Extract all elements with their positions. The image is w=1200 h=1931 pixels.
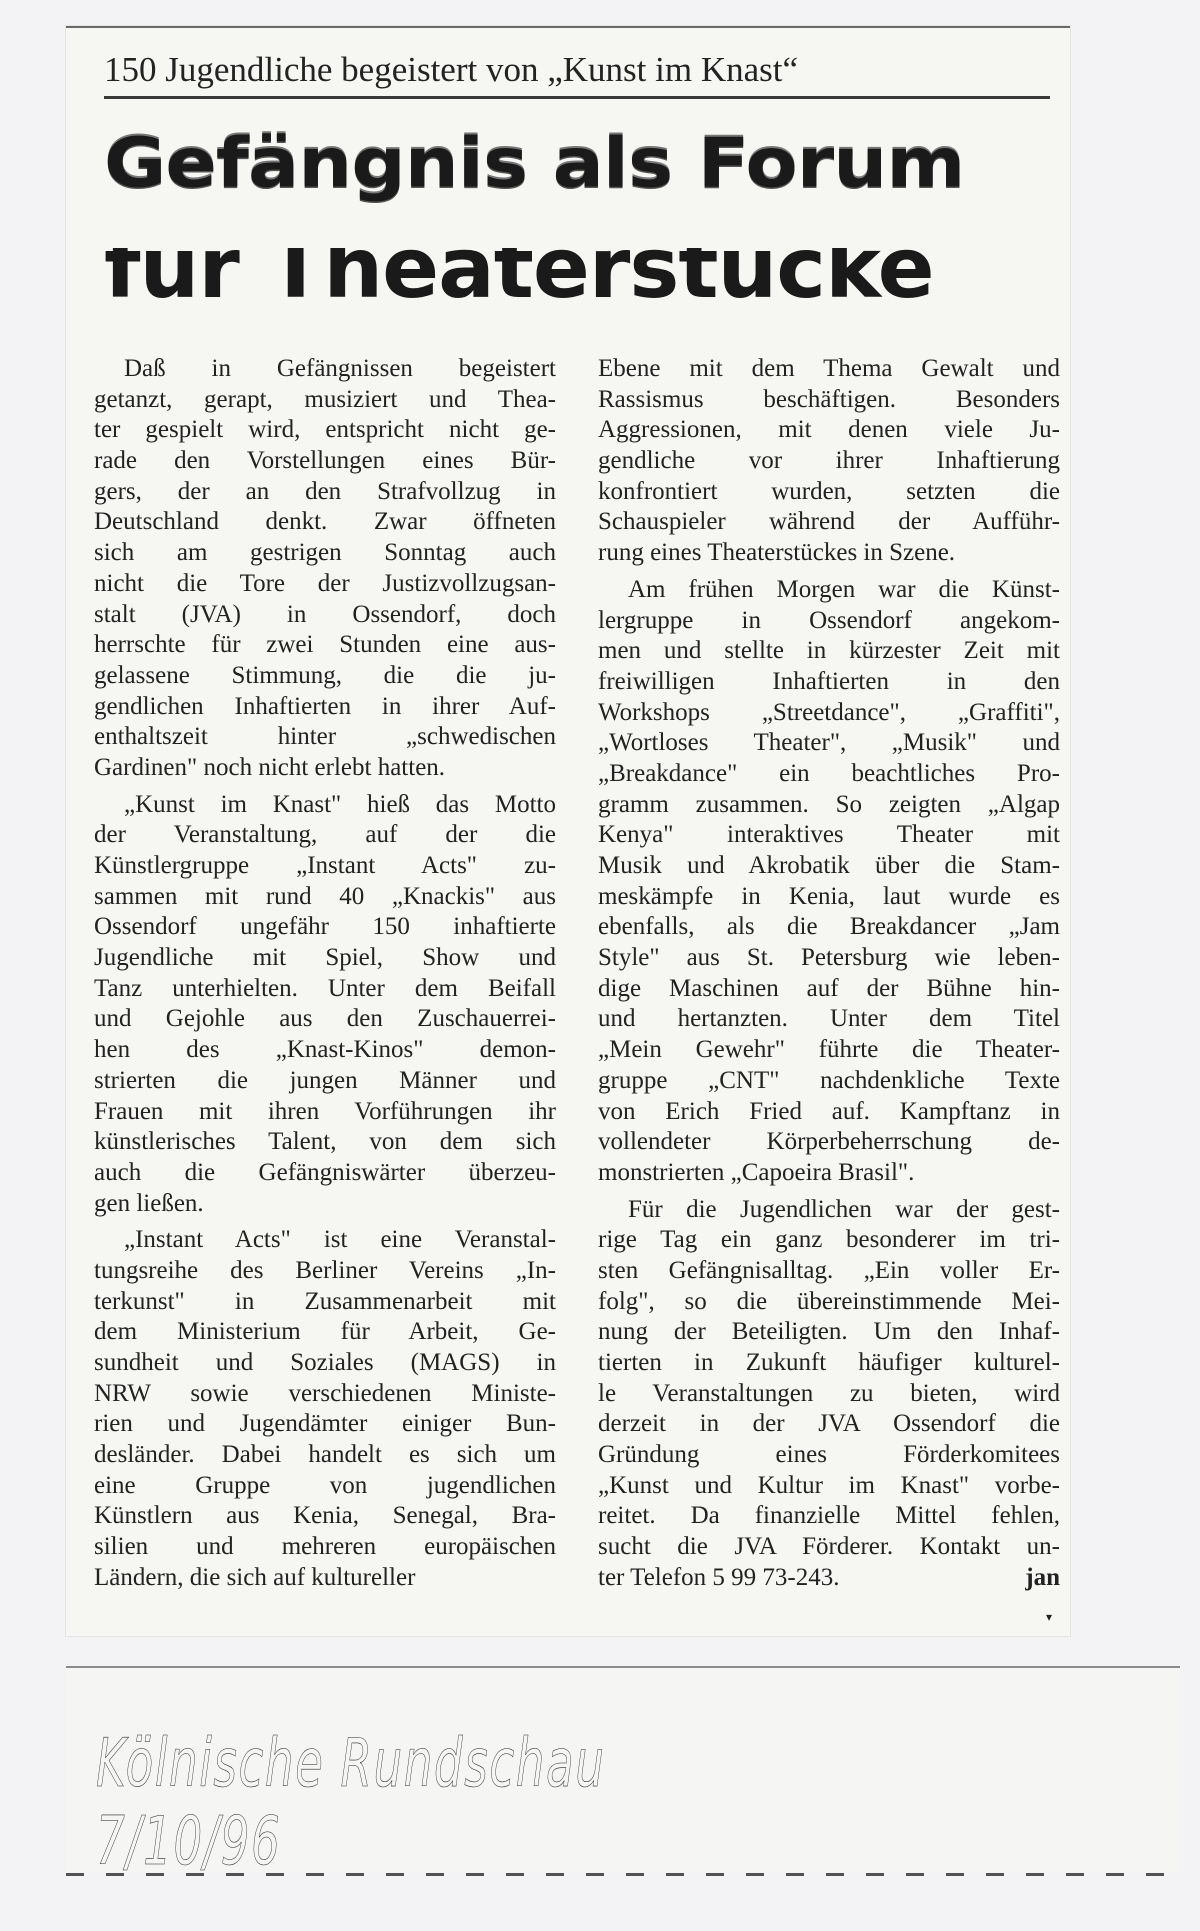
text-line: Aggressionen, mit denen viele Ju- (598, 415, 1060, 446)
text-line: Frauen mit ihren Vorführungen ihr (94, 1097, 556, 1128)
text-line: „Instant Acts" ist eine Veranstal- (94, 1225, 556, 1256)
text-line: gendliche vor ihrer Inhaftierung (598, 446, 1060, 477)
handwritten-source-note: Kölnische Rundschau 7/10/96 (96, 1724, 798, 1851)
text-line: Ossendorf ungefähr 150 inhaftierte (94, 912, 556, 943)
text-line: rige Tag ein ganz besonderer im tri- (598, 1225, 1060, 1256)
text-line: tungsreihe des Berliner Vereins „In- (94, 1256, 556, 1287)
text-line: und hertanzten. Unter dem Titel (598, 1004, 1060, 1035)
text-line: getanzt, gerapt, musiziert und Thea- (94, 385, 556, 416)
article-paragraph: Am frühen Morgen war die Künst-lergruppe… (598, 575, 1060, 1195)
author-byline: jan (1025, 1563, 1060, 1594)
article-paragraph: „Instant Acts" ist eine Veranstal-tungsr… (94, 1225, 556, 1593)
article-headline: Gefängnis als Forum für Theaterstücke (104, 118, 1050, 310)
text-line: enthaltszeit hinter „schwedischen (94, 722, 556, 753)
text-line: le Veranstaltungen zu bieten, wird (598, 1379, 1060, 1410)
text-line: sundheit und Soziales (MAGS) in (94, 1348, 556, 1379)
text-line: desländer. Dabei handelt es sich um (94, 1440, 556, 1471)
text-line: und Gejohle aus den Zuschauerrei- (94, 1004, 556, 1035)
text-line: „Kunst im Knast" hieß das Motto (94, 790, 556, 821)
text-line: gers, der an den Strafvollzug in (94, 477, 556, 508)
text-line: men und stellte in kürzester Zeit mit (598, 636, 1060, 667)
text-line: folg", so die übereinstimmende Mei- (598, 1287, 1060, 1318)
text-line: meskämpfe in Kenia, laut wurde es (598, 882, 1060, 913)
text-line: Daß in Gefängnissen begeistert (94, 354, 556, 385)
article-column-left: Daß in Gefängnissen begeistertgetanzt, g… (94, 354, 556, 1594)
text-line: dige Maschinen auf der Bühne hin- (598, 974, 1060, 1005)
text-line: ebenfalls, als die Breakdancer „Jam (598, 912, 1060, 943)
text-line: strierten die jungen Männer und (94, 1066, 556, 1097)
text-line: Schauspieler während der Aufführ- (598, 507, 1060, 538)
text-line: Ebene mit dem Thema Gewalt und (598, 354, 1060, 385)
source-annotation-strip: Kölnische Rundschau 7/10/96 (66, 1666, 1180, 1872)
text-line: rung eines Theaterstückes in Szene. (598, 538, 1060, 569)
article-body: Daß in Gefängnissen begeistertgetanzt, g… (86, 354, 1070, 1624)
text-line: „Mein Gewehr" führte die Theater- (598, 1035, 1060, 1066)
text-line: Jugendliche mit Spiel, Show und (94, 943, 556, 974)
article-paragraph: Ebene mit dem Thema Gewalt undRassismus … (598, 354, 1060, 575)
text-line: sten Gefängnisalltag. „Ein voller Er- (598, 1256, 1060, 1287)
text-line: Style" aus St. Petersburg wie leben- (598, 943, 1060, 974)
text-line: ter Telefon 5 99 73-243.jan (598, 1563, 1060, 1594)
headline-line-1: Gefängnis als Forum (104, 118, 1050, 208)
text-line: terkunst" in Zusammenarbeit mit (94, 1287, 556, 1318)
text-line: der Veranstaltung, auf der die (94, 820, 556, 851)
text-line: auch die Gefängniswärter überzeu- (94, 1158, 556, 1189)
text-line: „Wortloses Theater", „Musik" und (598, 728, 1060, 759)
text-line: tierten in Zukunft häufiger kulturel- (598, 1348, 1060, 1379)
text-line: Künstlergruppe „Instant Acts" zu- (94, 851, 556, 882)
text-line: ter gespielt wird, entspricht nicht ge- (94, 415, 556, 446)
text-line: monstrierten „Capoeira Brasil". (598, 1158, 1060, 1189)
newspaper-clipping: 150 Jugendliche begeistert von „Kunst im… (66, 26, 1070, 1636)
text-line: gendlichen Inhaftierten in ihrer Auf- (94, 692, 556, 723)
text-line: Musik und Akrobatik über die Stam- (598, 851, 1060, 882)
headline-line-2-clipped: für Theaterstücke (104, 248, 1050, 310)
text-line: nung der Beteiligten. Um den Inhaf- (598, 1317, 1060, 1348)
text-line: Workshops „Streetdance", „Graffiti", (598, 698, 1060, 729)
article-kicker: 150 Jugendliche begeistert von „Kunst im… (104, 48, 1050, 99)
text-line: sich am gestrigen Sonntag auch (94, 538, 556, 569)
text-line: Für die Jugendlichen war der gest- (598, 1195, 1060, 1226)
text-line: derzeit in der JVA Ossendorf die (598, 1409, 1060, 1440)
article-paragraph: Daß in Gefängnissen begeistertgetanzt, g… (94, 354, 556, 790)
text-line: gelassene Stimmung, die die ju- (94, 661, 556, 692)
text-line: Kenya" interaktives Theater mit (598, 820, 1060, 851)
article-paragraph: Für die Jugendlichen war der gest-rige T… (598, 1195, 1060, 1594)
torn-edge-divider (66, 1873, 1180, 1876)
text-line: Deutschland denkt. Zwar öffneten (94, 507, 556, 538)
text-line: nicht die Tore der Justizvollzugsan- (94, 569, 556, 600)
text-line: Tanz unterhielten. Unter dem Beifall (94, 974, 556, 1005)
article-paragraph: „Kunst im Knast" hieß das Mottoder Veran… (94, 790, 556, 1226)
text-line: NRW sowie verschiedenen Ministe- (94, 1379, 556, 1410)
text-line: stalt (JVA) in Ossendorf, doch (94, 600, 556, 631)
text-line: silien und mehreren europäischen (94, 1532, 556, 1563)
text-line: freiwilligen Inhaftierten in den (598, 667, 1060, 698)
text-line: „Breakdance" ein beachtliches Pro- (598, 759, 1060, 790)
text-line: dem Ministerium für Arbeit, Ge- (94, 1317, 556, 1348)
text-line: sucht die JVA Förderer. Kontakt un- (598, 1532, 1060, 1563)
text-line: „Kunst und Kultur im Knast" vorbe- (598, 1471, 1060, 1502)
text-line: Ländern, die sich auf kultureller (94, 1563, 556, 1594)
text-line: hen des „Knast-Kinos" demon- (94, 1035, 556, 1066)
text-line: vollendeter Körperbeherrschung de- (598, 1127, 1060, 1158)
text-line: Künstlern aus Kenia, Senegal, Bra- (94, 1501, 556, 1532)
text-line: konfrontiert wurden, setzten die (598, 477, 1060, 508)
text-line: gen ließen. (94, 1189, 556, 1220)
text-line: herrschte für zwei Stunden eine aus- (94, 630, 556, 661)
text-line: gramm zusammen. So zeigten „Algap (598, 790, 1060, 821)
headline-line-2: für Theaterstücke (104, 248, 1050, 310)
text-line: sammen mit rund 40 „Knackis" aus (94, 882, 556, 913)
text-line: Am frühen Morgen war die Künst- (598, 575, 1060, 606)
end-of-article-marker: ▾ (1046, 1610, 1052, 1624)
text-line: rade den Vorstellungen eines Bür- (94, 446, 556, 477)
text-line: eine Gruppe von jugendlichen (94, 1471, 556, 1502)
text-line: künstlerisches Talent, von dem sich (94, 1127, 556, 1158)
text-line: Gründung eines Förderkomitees (598, 1440, 1060, 1471)
text-line: von Erich Fried auf. Kampftanz in (598, 1097, 1060, 1128)
text-line: rien und Jugendämter einiger Bun- (94, 1409, 556, 1440)
text-line: Rassismus beschäftigen. Besonders (598, 385, 1060, 416)
text-line: gruppe „CNT" nachdenkliche Texte (598, 1066, 1060, 1097)
text-line: Gardinen" noch nicht erlebt hatten. (94, 753, 556, 784)
article-column-right: Ebene mit dem Thema Gewalt undRassismus … (598, 354, 1060, 1594)
text-line: reitet. Da finanzielle Mittel fehlen, (598, 1501, 1060, 1532)
text-line: lergruppe in Ossendorf angekom- (598, 606, 1060, 637)
